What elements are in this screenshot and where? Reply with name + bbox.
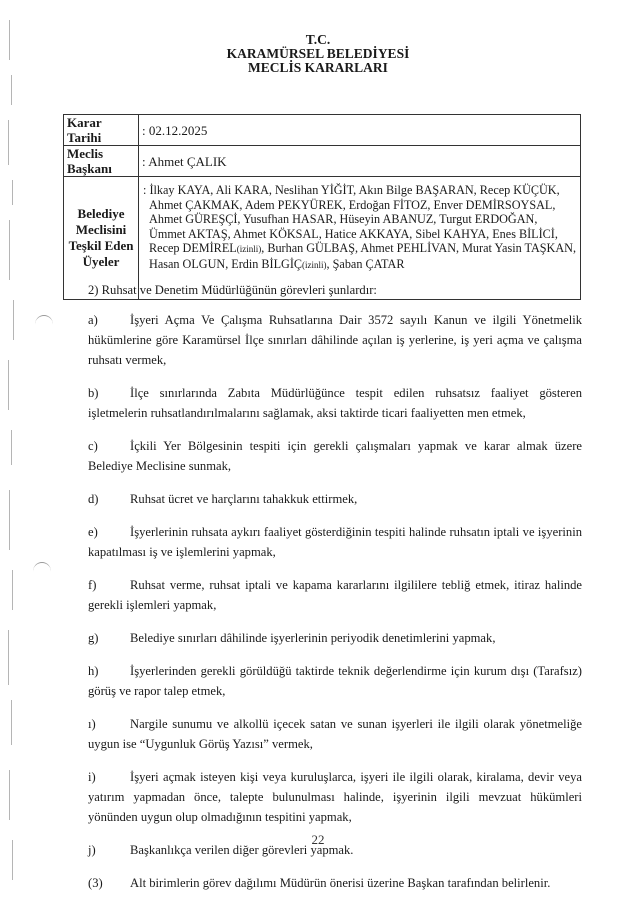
table-row-date: Karar Tarihi : 02.12.2025 — [64, 115, 581, 146]
duty-item: i)İşyeri açmak isteyen kişi veya kuruluş… — [88, 767, 582, 827]
date-value: : 02.12.2025 — [139, 115, 581, 146]
members-line: Ahmet ÇAKMAK, Adem PEKYÜREK, Erdoğan FİT… — [143, 198, 576, 213]
duty-item-text: Ruhsat verme, ruhsat iptali ve kapama ka… — [88, 578, 582, 612]
duty-item-text: İşyeri Açma Ve Çalışma Ruhsatlarına Dair… — [88, 313, 582, 367]
scan-artifact-arc — [35, 315, 53, 334]
duty-item: c)İçkili Yer Bölgesinin tespiti için ger… — [88, 436, 582, 476]
duty-item-text: Belediye sınırları dâhilinde işyerlerini… — [130, 631, 495, 645]
duty-item-marker: d) — [88, 489, 130, 509]
table-row-chair: Meclis Başkanı : Ahmet ÇALIK — [64, 146, 581, 177]
duty-item: f)Ruhsat verme, ruhsat iptali ve kapama … — [88, 575, 582, 615]
members-label-line: Meclisini — [67, 222, 135, 238]
header-line-municipality: KARAMÜRSEL BELEDİYESİ — [0, 47, 636, 61]
duties-list: a)İşyeri Açma Ve Çalışma Ruhsatlarına Da… — [88, 310, 582, 893]
duty-item-marker: (3) — [88, 873, 130, 893]
table-row-members: Belediye Meclisini Teşkil Eden Üyeler : … — [64, 177, 581, 300]
duty-item-text: Alt birimlerin görev dağılımı Müdürün ön… — [130, 876, 550, 890]
date-label: Karar Tarihi — [64, 115, 139, 146]
members-label-line: Üyeler — [67, 254, 135, 270]
duty-item-marker: g) — [88, 628, 130, 648]
duty-item: g)Belediye sınırları dâhilinde işyerleri… — [88, 628, 582, 648]
duty-item: ı)Nargile sunumu ve alkollü içecek satan… — [88, 714, 582, 754]
duty-item-marker: i) — [88, 767, 130, 787]
duty-item: e)İşyerlerinin ruhsata aykırı faaliyet g… — [88, 522, 582, 562]
header-line-tc: T.C. — [0, 33, 636, 47]
duty-item-marker: b) — [88, 383, 130, 403]
members-label-line: Belediye — [67, 206, 135, 222]
members-line: Ahmet GÜREŞÇİ, Yusufhan HASAR, Hüseyin A… — [143, 212, 576, 227]
members-label-line: Teşkil Eden — [67, 238, 135, 254]
duty-item-text: İşyeri açmak isteyen kişi veya kuruluşla… — [88, 770, 582, 824]
members-line: : İlkay KAYA, Ali KARA, Neslihan YİĞİT, … — [143, 183, 576, 198]
duty-item-text: Nargile sunumu ve alkollü içecek satan v… — [88, 717, 582, 751]
chair-value: : Ahmet ÇALIK — [139, 146, 581, 177]
decision-meta-table: Karar Tarihi : 02.12.2025 Meclis Başkanı… — [63, 114, 581, 300]
duty-item-marker: e) — [88, 522, 130, 542]
duty-item-text: Ruhsat ücret ve harçlarını tahakkuk etti… — [130, 492, 357, 506]
duty-item-text: İşyerlerinin ruhsata aykırı faaliyet gös… — [88, 525, 582, 559]
duty-item-marker: f) — [88, 575, 130, 595]
duty-item-text: İçkili Yer Bölgesinin tespiti için gerek… — [88, 439, 582, 473]
duty-item-marker: a) — [88, 310, 130, 330]
document-header: T.C. KARAMÜRSEL BELEDİYESİ MECLİS KARARL… — [0, 33, 636, 75]
members-line: Ümmet AKTAŞ, Ahmet KÖKSAL, Hatice AKKAYA… — [143, 227, 576, 242]
members-line: Recep DEMİREL(izinli), Burhan GÜLBAŞ, Ah… — [143, 241, 576, 257]
section-intro: 2) Ruhsat ve Denetim Müdürlüğünün görevl… — [88, 283, 582, 298]
document-body: 2) Ruhsat ve Denetim Müdürlüğünün görevl… — [88, 283, 582, 900]
members-list: : İlkay KAYA, Ali KARA, Neslihan YİĞİT, … — [139, 177, 581, 300]
duty-item-marker: h) — [88, 661, 130, 681]
duty-item: a)İşyeri Açma Ve Çalışma Ruhsatlarına Da… — [88, 310, 582, 370]
page-number: 22 — [0, 832, 636, 848]
duty-item: d)Ruhsat ücret ve harçlarını tahakkuk et… — [88, 489, 582, 509]
scan-artifact-arc — [33, 562, 51, 581]
duty-item: (3)Alt birimlerin görev dağılımı Müdürün… — [88, 873, 582, 893]
duty-item-text: İlçe sınırlarında Zabıta Müdürlüğünce te… — [88, 386, 582, 420]
scan-edge-marks — [0, 0, 30, 900]
members-line: Hasan OLGUN, Erdin BİLGİÇ(izinli), Şaban… — [143, 257, 576, 273]
duty-item: b)İlçe sınırlarında Zabıta Müdürlüğünce … — [88, 383, 582, 423]
chair-label: Meclis Başkanı — [64, 146, 139, 177]
duty-item-text: İşyerlerinden gerekli görüldüğü taktirde… — [88, 664, 582, 698]
duty-item: h)İşyerlerinden gerekli görüldüğü taktir… — [88, 661, 582, 701]
duty-item-marker: ı) — [88, 714, 130, 734]
duty-item-marker: c) — [88, 436, 130, 456]
members-label: Belediye Meclisini Teşkil Eden Üyeler — [64, 177, 139, 300]
header-line-council-decisions: MECLİS KARARLARI — [0, 61, 636, 75]
